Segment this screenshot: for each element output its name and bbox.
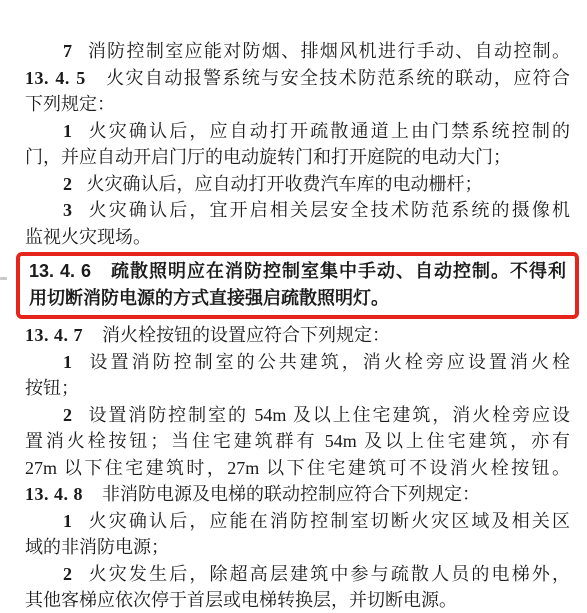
line-text: 火灾确认后，宜开启相关层安全技术防范系统的摄像机	[87, 200, 571, 220]
text-line: 域的非消防电源；	[25, 534, 570, 561]
text-line: 其他客梯应依次停于首层或电梯转换层，并切断电源。	[25, 587, 570, 613]
text-line: 门，并应自动开启门厅的电动旋转门和打开庭院的电动大门；	[25, 144, 570, 171]
line-text: 消防控制室应能对防烟、排烟风机进行手动、自动控制。	[87, 41, 571, 61]
clause-line: 13. 4. 7消火栓按钮的设置应符合下列规定：	[25, 322, 570, 349]
text-line: 2火灾确认后，应自动打开收费汽车库的电动栅杆；	[25, 171, 570, 198]
line-text: 火灾确认后，应自动打开收费汽车库的电动栅杆；	[87, 174, 483, 194]
clause-line: 13. 4. 5火灾自动报警系统与安全技术防范系统的联动，应符合	[25, 65, 570, 92]
text-line: 置消火栓按钮；当住宅建筑群有 54m 及以上住宅建筑，亦有	[25, 428, 570, 455]
clause-number: 13. 4. 5	[25, 68, 86, 88]
code-document-page: 7消防控制室应能对防烟、排烟风机进行手动、自动控制。13. 4. 5火灾自动报警…	[0, 0, 587, 613]
list-item-number: 2	[63, 405, 73, 425]
text-line: 按钮；	[25, 375, 570, 402]
text-line: 3火灾确认后，宜开启相关层安全技术防范系统的摄像机	[25, 197, 570, 224]
list-item-number: 2	[63, 564, 73, 584]
list-item-number: 1	[63, 121, 73, 141]
text-line: 27m 以下住宅建筑时，27m 以下住宅建筑可不设消火栓按钮。	[25, 455, 570, 482]
text-line: 监视火灾现场。	[25, 224, 570, 251]
text-line: 用切断消防电源的方式直接强启疏散照明灯。	[29, 285, 566, 312]
clause-number: 13. 4. 7	[25, 325, 83, 345]
line-text: 火灾确认后，应能在消防控制室切断火灾区域及相关区	[87, 511, 571, 531]
clause-number: 13. 4. 6	[29, 261, 91, 281]
line-text: 设置消防控制室的公共建筑，消火栓旁应设置消火栓	[87, 352, 571, 372]
list-item-number: 1	[63, 352, 73, 372]
text-line: 下列规定：	[25, 91, 570, 118]
clause-line: 13. 4. 8非消防电源及电梯的联动控制应符合下列规定：	[25, 481, 570, 508]
scan-artifact-mark	[0, 277, 7, 280]
list-item-number: 2	[63, 174, 73, 194]
list-item-number: 7	[63, 41, 73, 61]
text-line: 1火灾确认后，应自动打开疏散通道上由门禁系统控制的	[25, 118, 570, 145]
document-text-body: 7消防控制室应能对防烟、排烟风机进行手动、自动控制。13. 4. 5火灾自动报警…	[25, 38, 570, 613]
line-text: 非消防电源及电梯的联动控制应符合下列规定：	[102, 484, 480, 504]
mandatory-provision-highlight-box: 13. 4. 6疏散照明应在消防控制室集中手动、自动控制。不得利用切断消防电源的…	[16, 252, 579, 319]
text-line: 1火灾确认后，应能在消防控制室切断火灾区域及相关区	[25, 508, 570, 535]
text-line: 1设置消防控制室的公共建筑，消火栓旁应设置消火栓	[25, 349, 570, 376]
line-text: 火灾自动报警系统与安全技术防范系统的联动，应符合	[105, 68, 570, 88]
line-text: 设置消防控制室的 54m 及以上住宅建筑，消火栓旁应设	[87, 405, 571, 425]
list-item-number: 3	[63, 200, 73, 220]
line-text: 消火栓按钮的设置应符合下列规定：	[102, 325, 390, 345]
line-text: 疏散照明应在消防控制室集中手动、自动控制。不得利	[110, 261, 566, 281]
text-line: 2火灾发生后，除超高层建筑中参与疏散人员的电梯外，	[25, 561, 570, 588]
text-line: 7消防控制室应能对防烟、排烟风机进行手动、自动控制。	[25, 38, 570, 65]
clause-number: 13. 4. 8	[25, 484, 83, 504]
list-item-number: 1	[63, 511, 73, 531]
clause-line: 13. 4. 6疏散照明应在消防控制室集中手动、自动控制。不得利	[29, 258, 566, 285]
text-line: 2设置消防控制室的 54m 及以上住宅建筑，消火栓旁应设	[25, 402, 570, 429]
line-text: 火灾确认后，应自动打开疏散通道上由门禁系统控制的	[87, 121, 571, 141]
line-text: 火灾发生后，除超高层建筑中参与疏散人员的电梯外，	[87, 564, 571, 584]
